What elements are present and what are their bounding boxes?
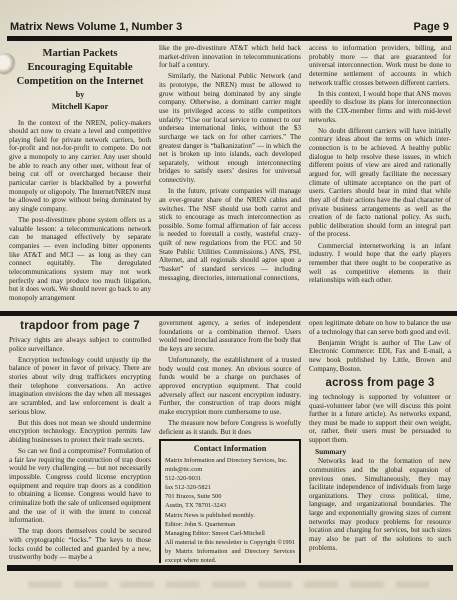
paragraph: No doubt different carriers will have in… bbox=[309, 127, 451, 239]
paragraph: Unfortunately, the establishment of a tr… bbox=[159, 356, 301, 416]
contact-line-phone: 512-320-9031 bbox=[165, 474, 295, 483]
article-title-line: Encouraging Equitable bbox=[9, 61, 151, 75]
paragraph: access to information providers, billing… bbox=[309, 44, 451, 87]
page-showthrough-artifact bbox=[28, 581, 429, 588]
paragraph: Benjamin Wright is author of The Law of … bbox=[309, 339, 451, 374]
paragraph: In the context of the NREN, policy-maker… bbox=[9, 119, 151, 214]
contact-line-city: Austin, TX 78701-3243 bbox=[165, 501, 295, 510]
summary-subheading: Summary bbox=[309, 447, 451, 456]
contact-line-editor: Editor: John S. Quarterman bbox=[165, 520, 295, 529]
paragraph: government agency, a series of independe… bbox=[159, 319, 301, 354]
paragraph: ing technology is supported by volunteer… bbox=[309, 393, 451, 445]
article-title-block: Martian Packets Encouraging Equitable Co… bbox=[9, 47, 151, 112]
page-header: Matrix News Volume 1, Number 3 Page 9 bbox=[10, 21, 449, 33]
paragraph: Privacy rights are always subject to con… bbox=[9, 336, 151, 353]
contact-box-title: Contact Information bbox=[165, 443, 295, 455]
byline-label: by bbox=[9, 90, 151, 100]
paragraph: The post-divestiture phone system offers… bbox=[9, 216, 151, 302]
lower-column-1: trapdoor from page 7 Privacy rights are … bbox=[9, 319, 151, 563]
paragraph: So can we find a compromise? Formulation… bbox=[9, 447, 151, 525]
paragraph: The measure now before Congress is woefu… bbox=[159, 419, 301, 436]
paragraph: The trap doors themselves could be secur… bbox=[9, 527, 151, 562]
paragraph: Networks lead to the formation of new co… bbox=[309, 457, 451, 552]
paragraph: In the future, private companies will ma… bbox=[159, 187, 301, 282]
upper-column-3: access to information providers, billing… bbox=[309, 44, 451, 310]
contact-line-street: 701 Brazos, Suite 500 bbox=[165, 492, 295, 501]
contact-line-copyright: All material in this newsletter is Copyr… bbox=[165, 538, 295, 563]
contact-line-fax: fax 512-320-5821 bbox=[165, 483, 295, 492]
paragraph: In this context, I would hope that ANS m… bbox=[309, 90, 451, 125]
across-section-heading: across from page 3 bbox=[309, 376, 451, 390]
upper-section: Martian Packets Encouraging Equitable Co… bbox=[9, 44, 451, 310]
contact-line-email: mids@tic.com bbox=[165, 465, 295, 474]
contact-info-box: Contact Information Matrix Information a… bbox=[159, 439, 301, 563]
newsletter-title: Matrix News Volume 1, Number 3 bbox=[10, 21, 182, 33]
paragraph: Encryption technology could unjustly tip… bbox=[9, 356, 151, 416]
paragraph: But this does not mean we should undermi… bbox=[9, 419, 151, 445]
lower-section: trapdoor from page 7 Privacy rights are … bbox=[9, 319, 451, 563]
paragraph: Commercial internetworking is an infant … bbox=[309, 242, 451, 285]
author-name: Mitchell Kapor bbox=[9, 101, 151, 111]
upper-column-1: Martian Packets Encouraging Equitable Co… bbox=[9, 44, 151, 310]
paragraph: open legitimate debate on how to balance… bbox=[309, 319, 451, 336]
article-title: Martian Packets Encouraging Equitable Co… bbox=[9, 47, 151, 88]
section-divider-rule bbox=[0, 311, 457, 316]
contact-line-frequency: Matrix News is published monthly. bbox=[165, 511, 295, 520]
contact-line-org: Matrix Information and Directory Service… bbox=[165, 456, 295, 465]
footer-rule bbox=[7, 565, 453, 571]
trapdoor-section-heading: trapdoor from page 7 bbox=[9, 319, 151, 333]
upper-column-2: like the pre-divestiture AT&T which held… bbox=[159, 44, 301, 310]
lower-column-3: open legitimate debate on how to balance… bbox=[309, 319, 451, 563]
lower-column-2: government agency, a series of independe… bbox=[159, 319, 301, 563]
contact-line-managing-editor: Managing Editor: Smoot Carl-Mitchell bbox=[165, 529, 295, 538]
header-rule bbox=[7, 36, 452, 41]
paragraph: Similarly, the National Public Network (… bbox=[159, 72, 301, 184]
newsletter-page: Matrix News Volume 1, Number 3 Page 9 Ma… bbox=[0, 0, 457, 600]
article-title-line: Martian Packets bbox=[9, 47, 151, 61]
page-number: Page 9 bbox=[414, 21, 449, 33]
paragraph: like the pre-divestiture AT&T which held… bbox=[159, 44, 301, 70]
article-title-line: Competition on the Internet bbox=[9, 75, 151, 89]
